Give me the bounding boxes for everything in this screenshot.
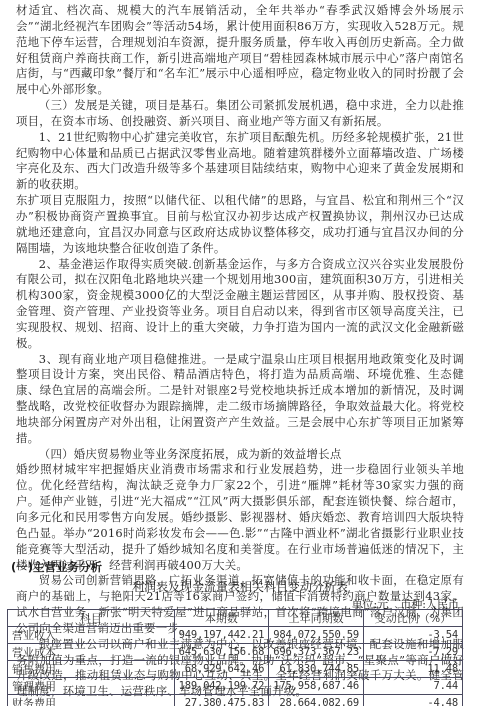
prior-value: 61,830,744.85 [269,661,364,678]
prior-value: 696,373,367.23 [269,644,364,661]
table-header-row: 科目 本期数 上年同期数 变动比例（%） [8,610,463,627]
table-row: 营业收入 949,197,442.21 984,072,550.59 -3.54 [8,627,463,644]
paragraph-wedding-city: 婚纱照材城牢牢把握婚庆业消费市场需求和行业发展趋势，进一步稳固行业领头羊地位。优… [16,462,464,573]
change-ratio: -3.54 [364,627,463,644]
current-value: 949,197,442.21 [174,627,269,644]
paragraph-east-expansion: 东扩项目克服阻力，按照“以储代征、以租代储”的思路，与宜昌、松宜和荆州三个“汉办… [16,193,464,256]
row-label: 管理费用 [8,678,175,695]
paragraph-section-four-heading: （四）婚庆贸易物业等业务深度拓展，成为新的效益增长点 [16,447,464,463]
change-ratio: 7.44 [364,678,463,695]
row-label: 营业成本 [8,644,175,661]
row-label: 财务费用 [8,695,175,706]
table-row: 财务费用 27,380,475.83 28,664,082.69 -4.48 [8,695,463,706]
header-current-period: 本期数 [174,610,269,627]
current-value: 645,630,156.68 [174,644,269,661]
table-row: 管理费用 189,042,199.72 175,958,687.46 7.44 [8,678,463,695]
change-ratio: 11.48 [364,661,463,678]
table-row: 销售费用 68,929,642.46 61,830,744.85 11.48 [8,661,463,678]
current-value: 68,929,642.46 [174,661,269,678]
paragraph-section-three-intro: （三）发展是关键，项目是基石。集团公司紧抓发展机遇，稳中求进，全力以赴推项目，在… [16,98,464,130]
header-change-ratio: 变动比例（%） [364,610,463,627]
table-row: 营业成本 645,630,156.68 696,373,367.23 -7.29 [8,644,463,661]
prior-value: 175,958,687.46 [269,678,364,695]
table-title: 利润表及现金流量表相关科目变动分析表 [0,578,480,595]
paragraph-fund-harbor: 2、基金港运作取得实质突破.创新基金运作，与多方合资成立汉兴谷实业发展股份有限公… [16,257,464,352]
change-ratio: -7.29 [364,644,463,661]
prior-value: 28,664,082.69 [269,695,364,706]
header-prior-period: 上年同期数 [269,610,364,627]
row-label: 销售费用 [8,661,175,678]
prior-value: 984,072,550.59 [269,627,364,644]
paragraph-exhibition: 材适宜、档次高、规模大的汽车展销活动，全年共举办“春季武汉婚博会外场展示会”“湖… [16,3,464,98]
paragraph-real-estate-projects: 3、现有商业地产项目稳健推进。一是咸宁温泉山庄项目根据用地政策变化及时调整项目设… [16,352,464,447]
change-ratio: -4.48 [364,695,463,706]
header-item: 科目 [8,610,175,627]
row-label: 营业收入 [8,627,175,644]
paragraph-21st-century-mall: 1、21世纪购物中心扩建完美收官，东扩项目酝酿先机。历经多轮规模扩张，21世纪购… [16,130,464,193]
current-value: 189,042,199.72 [174,678,269,695]
current-value: 27,380,475.83 [174,695,269,706]
section-heading: (一)主营业务分析 [11,559,102,575]
income-statement-table: 科目 本期数 上年同期数 变动比例（%） 营业收入 949,197,442.21… [7,609,463,706]
